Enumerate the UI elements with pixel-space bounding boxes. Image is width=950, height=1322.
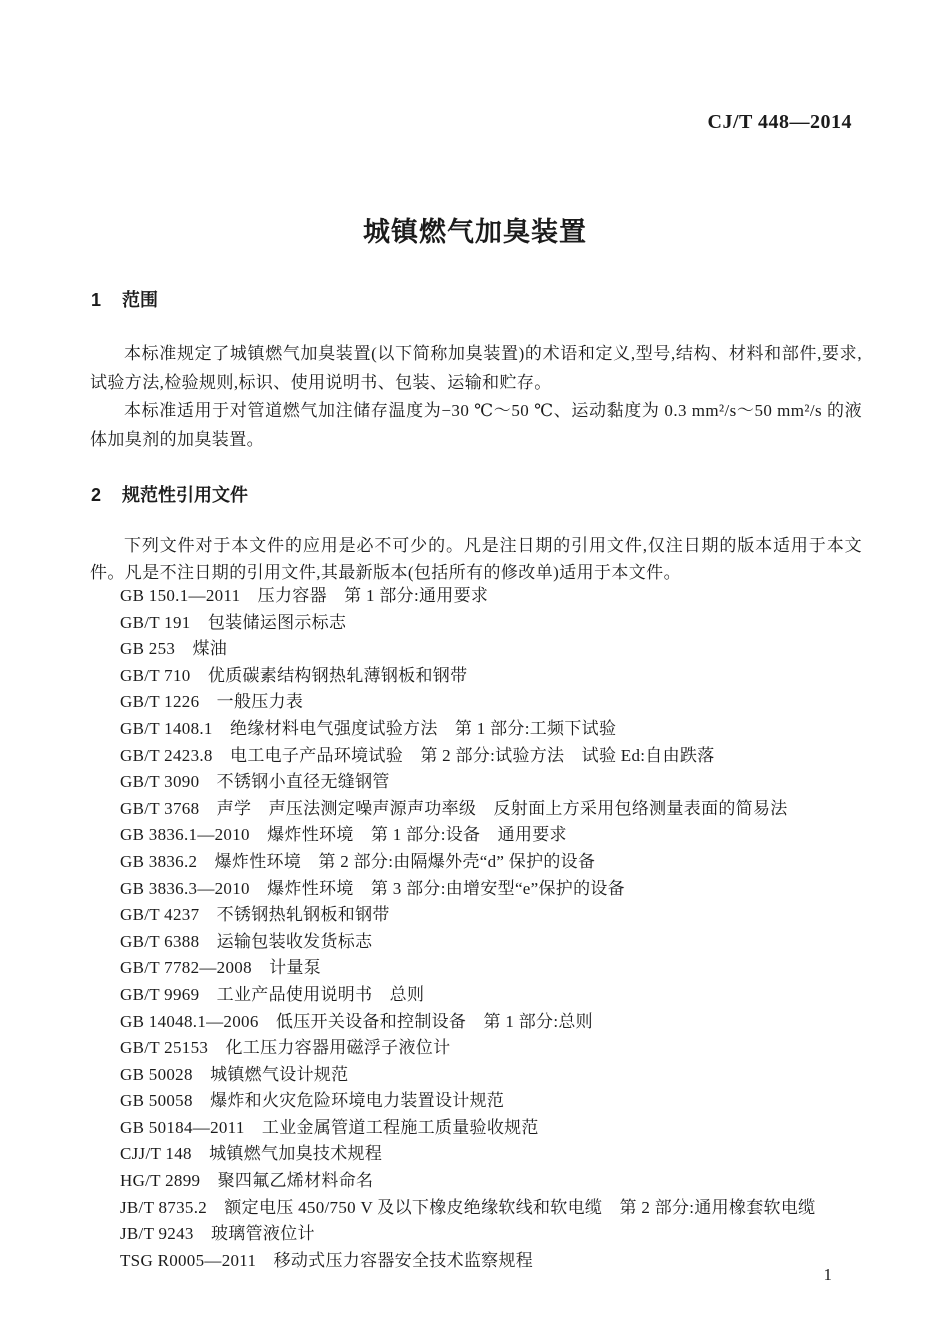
normative-references-list: GB 150.1—2011 压力容器 第 1 部分:通用要求 GB/T 191 … [90, 583, 890, 1274]
paragraph: 本标准规定了城镇燃气加臭装置(以下简称加臭装置)的术语和定义,型号,结构、材料和… [90, 340, 862, 397]
paragraph: 本标准适用于对管道燃气加注储存温度为−30 ℃～50 ℃、运动黏度为 0.3 m… [90, 397, 862, 454]
reference-item: GB/T 3090 不锈钢小直径无缝钢管 [90, 769, 890, 796]
page-number: 1 [824, 1265, 833, 1285]
reference-item: GB 50184—2011 工业金属管道工程施工质量验收规范 [90, 1115, 890, 1142]
reference-item: JB/T 9243 玻璃管液位计 [90, 1221, 890, 1248]
reference-item: GB/T 1408.1 绝缘材料电气强度试验方法 第 1 部分:工频下试验 [90, 716, 890, 743]
section-2-heading: 2规范性引用文件 [91, 481, 248, 507]
reference-item: CJJ/T 148 城镇燃气加臭技术规程 [90, 1141, 890, 1168]
standard-code: CJ/T 448—2014 [708, 111, 852, 134]
section-1-heading: 1范围 [91, 286, 158, 312]
reference-item: JB/T 8735.2 额定电压 450/750 V 及以下橡皮绝缘软线和软电缆… [90, 1195, 890, 1222]
reference-item: GB/T 1226 一般压力表 [90, 689, 890, 716]
reference-item: GB/T 6388 运输包装收发货标志 [90, 929, 890, 956]
section-2-title: 规范性引用文件 [122, 485, 248, 505]
reference-item: GB 3836.1—2010 爆炸性环境 第 1 部分:设备 通用要求 [90, 822, 890, 849]
reference-item: GB 253 煤油 [90, 636, 890, 663]
reference-item: GB/T 7782—2008 计量泵 [90, 955, 890, 982]
reference-item: GB/T 3768 声学 声压法测定噪声源声功率级 反射面上方采用包络测量表面的… [90, 796, 890, 823]
reference-item: GB/T 9969 工业产品使用说明书 总则 [90, 982, 890, 1009]
section-2-intro: 下列文件对于本文件的应用是必不可少的。凡是注日期的引用文件,仅注日期的版本适用于… [90, 532, 862, 586]
section-1-number: 1 [91, 290, 101, 311]
reference-item: TSG R0005—2011 移动式压力容器安全技术监察规程 [90, 1248, 890, 1275]
reference-item: GB 150.1—2011 压力容器 第 1 部分:通用要求 [90, 583, 890, 610]
document-title: 城镇燃气加臭装置 [0, 210, 950, 249]
reference-item: GB 3836.3—2010 爆炸性环境 第 3 部分:由增安型“e”保护的设备 [90, 876, 890, 903]
document-page: CJ/T 448—2014 城镇燃气加臭装置 1范围 本标准规定了城镇燃气加臭装… [0, 0, 950, 1322]
reference-item: GB/T 25153 化工压力容器用磁浮子液位计 [90, 1035, 890, 1062]
reference-item: GB/T 4237 不锈钢热轧钢板和钢带 [90, 902, 890, 929]
reference-item: GB 50028 城镇燃气设计规范 [90, 1062, 890, 1089]
reference-item: GB 50058 爆炸和火灾危险环境电力装置设计规范 [90, 1088, 890, 1115]
reference-item: HG/T 2899 聚四氟乙烯材料命名 [90, 1168, 890, 1195]
reference-item: GB/T 191 包装储运图示标志 [90, 610, 890, 637]
reference-item: GB 3836.2 爆炸性环境 第 2 部分:由隔爆外壳“d” 保护的设备 [90, 849, 890, 876]
section-1-title: 范围 [122, 290, 158, 310]
section-1-body: 本标准规定了城镇燃气加臭装置(以下简称加臭装置)的术语和定义,型号,结构、材料和… [90, 340, 862, 454]
reference-item: GB/T 710 优质碳素结构钢热轧薄钢板和钢带 [90, 663, 890, 690]
paragraph: 下列文件对于本文件的应用是必不可少的。凡是注日期的引用文件,仅注日期的版本适用于… [90, 532, 862, 586]
reference-item: GB 14048.1—2006 低压开关设备和控制设备 第 1 部分:总则 [90, 1009, 890, 1036]
reference-item: GB/T 2423.8 电工电子产品环境试验 第 2 部分:试验方法 试验 Ed… [90, 743, 890, 770]
section-2-number: 2 [91, 485, 101, 506]
